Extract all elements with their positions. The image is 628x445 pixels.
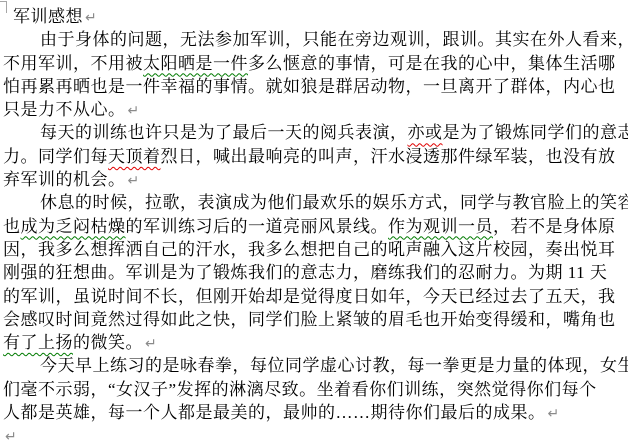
- text-run-spelling-underline: 天顶着: [108, 147, 161, 166]
- text-run: 烈日，喊出最响亮的叫声，汗水浸透那件绿军装，也没有放: [161, 147, 616, 166]
- text-run-grammar-underline: 太阳晒是一件: [143, 54, 248, 73]
- text-line[interactable]: 人都是英雄，每一个人都是最美的，最帅的……期待你们最后的成果。↵: [0, 401, 628, 424]
- text-line[interactable]: ↵: [0, 424, 628, 445]
- document-text-area[interactable]: 军训感想↵由于身体的问题，无法参加军训，只能在旁边观训，跟训。其实在外人看来，不…: [0, 5, 628, 445]
- text-line[interactable]: 休息的时候，拉歌，表演成为他们最欢乐的娱乐方式，同学与教官脸上的笑容: [0, 191, 628, 214]
- text-line[interactable]: 有了上扬的微笑。↵: [0, 331, 628, 354]
- text-run: 力。同学们每: [3, 147, 108, 166]
- text-run-grammar-underline: 作为观训一员: [388, 217, 493, 236]
- text-line[interactable]: 刚强的狂想曲。军训是为了锻炼我们的意志力，磨练我们的忍耐力。为期 11 天: [0, 261, 628, 284]
- text-run: 是为了锻炼同学们的意志: [443, 123, 628, 142]
- text-run-grammar-underline: 成为乏闷枯燥: [21, 217, 126, 236]
- text-run: 多么惬意的事情，可是在我的心中，集体生活哪: [248, 54, 616, 73]
- text-line[interactable]: 由于身体的问题，无法参加军训，只能在旁边观训，跟训。其实在外人看来，: [0, 28, 628, 51]
- text-run: 因，我多么想挥洒自己的汗水，我多么想把自己的吼声融入这片校园，奏出悦耳: [3, 240, 616, 259]
- text-run: 的军训，虽说时间不长，但刚开始却是觉得度日如年，今天已经过去了五天，我: [3, 287, 616, 306]
- paragraph-mark: ↵: [546, 406, 560, 422]
- text-run: 的微笑。: [73, 333, 143, 352]
- text-run: 弃军训的机会。: [3, 170, 126, 189]
- text-run-spelling-underline: 亦或: [408, 123, 443, 142]
- text-line[interactable]: 力。同学们每天顶着烈日，喊出最响亮的叫声，汗水浸透那件绿军装，也没有放: [0, 145, 628, 168]
- document-page[interactable]: 军训感想↵由于身体的问题，无法参加军训，只能在旁边观训，跟训。其实在外人看来，不…: [0, 0, 628, 445]
- text-line[interactable]: 也成为乏闷枯燥的军训练习后的一道亮丽风景线。作为观训一员，若不是身体原: [0, 215, 628, 238]
- text-run: 每天的训练也许只是为了最后一天的阅兵表演，: [40, 123, 408, 142]
- text-line[interactable]: 只是力不从心。↵: [0, 98, 628, 121]
- paragraph-mark: ↵: [3, 429, 17, 445]
- text-run-grammar-underline: 有了上扬: [3, 333, 73, 352]
- text-run: 的军训练习后的一道亮丽风景线。: [126, 217, 389, 236]
- text-line[interactable]: 弃军训的机会。↵: [0, 168, 628, 191]
- paragraph-mark: ↵: [126, 173, 140, 189]
- text-run: 军训感想: [13, 7, 83, 26]
- paragraph-mark: ↵: [143, 336, 157, 352]
- text-line[interactable]: 今天早上练习的是咏春拳，每位同学虚心讨教，每一拳更是力量的体现，女生: [0, 354, 628, 377]
- text-line[interactable]: 每天的训练也许只是为了最后一天的阅兵表演，亦或是为了锻炼同学们的意志: [0, 121, 628, 144]
- document-title-line[interactable]: 军训感想↵: [0, 5, 628, 28]
- text-run: 不用军训，不用被: [3, 54, 143, 73]
- text-run: ，若不是身体原: [493, 217, 616, 236]
- text-run: 会感叹时间竟然过得如此之快，同学们脸上紧皱的眉毛也开始变得缓和，嘴角也: [3, 310, 616, 329]
- text-line[interactable]: 们毫不示弱，“女汉子”发挥的淋漓尽致。坐着看你们训练，突然觉得你们每个: [0, 378, 628, 401]
- text-run: 休息的时候，拉歌，表演成为他们最欢乐的娱乐方式，同学与教官脸上的笑容: [40, 193, 628, 212]
- text-run: 人都是英雄，每一个人都是最美的，最帅的……期待你们最后的成果。: [3, 403, 546, 422]
- paragraph-mark: ↵: [83, 10, 97, 26]
- text-run: 今天早上练习的是咏春拳，每位同学虚心讨教，每一拳更是力量的体现，女生: [40, 356, 628, 375]
- text-line[interactable]: 不用军训，不用被太阳晒是一件多么惬意的事情，可是在我的心中，集体生活哪: [0, 52, 628, 75]
- text-run: 怕再累再晒也是一件幸福的事情。就如狼是群居动物，一旦离开了群体，内心也: [3, 77, 616, 96]
- paragraph-mark: ↵: [126, 103, 140, 119]
- text-run: 由于身体的问题，无法参加军训，只能在旁边观训，跟训。其实在外人看来，: [40, 30, 628, 49]
- text-run: 刚强的狂想曲。军训是为了锻炼我们的意志力，磨练我们的忍耐力。为期 11 天: [3, 263, 607, 282]
- text-line[interactable]: 的军训，虽说时间不长，但刚开始却是觉得度日如年，今天已经过去了五天，我: [0, 285, 628, 308]
- text-run: 们毫不示弱，“女汉子”发挥的淋漓尽致。坐着看你们训练，突然觉得你们每个: [3, 380, 597, 399]
- text-run: 只是力不从心。: [3, 100, 126, 119]
- text-line[interactable]: 因，我多么想挥洒自己的汗水，我多么想把自己的吼声融入这片校园，奏出悦耳: [0, 238, 628, 261]
- text-line[interactable]: 怕再累再晒也是一件幸福的事情。就如狼是群居动物，一旦离开了群体，内心也: [0, 75, 628, 98]
- text-line[interactable]: 会感叹时间竟然过得如此之快，同学们脸上紧皱的眉毛也开始变得缓和，嘴角也: [0, 308, 628, 331]
- text-run: 也: [3, 217, 21, 236]
